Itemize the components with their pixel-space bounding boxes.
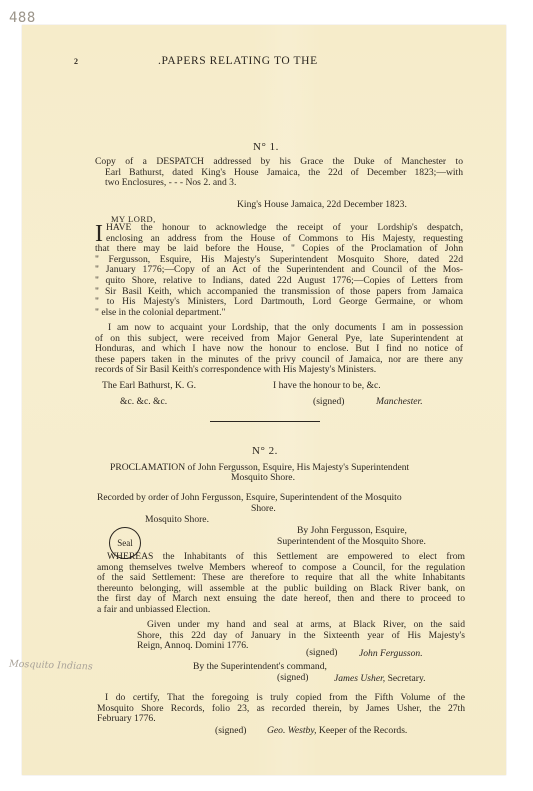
signed-label-2: (signed) [277,673,308,684]
heading-line: two Enclosures, - - - Nos 2. and 3. [95,178,463,189]
section-divider [210,421,320,422]
whereas-paragraph: WHEREAS the Inhabitants of this Settleme… [97,552,465,616]
proclamation-title-line-2: Mosquito Shore. [231,473,295,484]
certify-paragraph: I do certify, That the foregoing is trul… [97,693,465,725]
dateline: King's House Jamaica, 22d December 1823. [237,200,407,211]
paragraph-line: WHEREAS the Inhabitants of this Settleme… [97,552,465,563]
by-line-1: By John Fergusson, Esquire, [297,526,407,537]
addressee-line-2: &c. &c. &c. [120,397,167,408]
addressee-line-1: The Earl Bathurst, K. G. [102,381,196,392]
signer-title: Keeper of the Records. [319,725,407,736]
paragraph-line: a fair and unbiassed Election. [97,605,465,616]
drop-cap: I [95,224,103,244]
recorded-line-1: Recorded by order of John Fergusson, Esq… [97,493,402,504]
given-paragraph: Given under my hand and seal at arms, at… [137,620,465,652]
signer-name: Geo. Westby, [267,725,316,736]
section-number-2: N° 2. [252,445,278,457]
paragraph-line: " else in the colonial department." [95,308,463,319]
by-line-2: Superintendent of the Mosquito Shore. [277,537,426,548]
signer-name: James Usher, [334,673,385,684]
signed-label-1: (signed) [306,648,337,659]
paragraph-line: I do certify, That the foregoing is trul… [97,693,465,704]
paragraph-line: records of Sir Basil Keith's corresponde… [95,365,463,376]
letter-paragraph-1: I HAVE the honour to acknowledge the rec… [95,223,463,318]
signer-title: Secretary. [388,673,426,684]
paragraph-line: February 1776. [97,714,465,725]
stamp-number: 488 [9,10,36,26]
paragraph-line: I am now to acquaint your Lordship, that… [95,323,463,334]
signature-james-usher: James Usher, Secretary. [334,674,426,685]
closing: I have the honour to be, &c. [273,381,381,392]
heading-line: Copy of a DESPATCH addressed by his Grac… [95,157,463,168]
place: Mosquito Shore. [145,515,209,526]
despatch-heading: Copy of a DESPATCH addressed by his Grac… [95,157,463,189]
signature-john-fergusson: John Fergusson. [359,649,423,660]
signed-label: (signed) [313,397,344,408]
recorded-line-2: Shore. [251,504,276,515]
signature-geo-westby: Geo. Westby, Keeper of the Records. [267,726,407,737]
signed-label-3: (signed) [215,726,246,737]
paragraph-line: Given under my hand and seal at arms, at… [137,620,465,631]
letter-paragraph-2: I am now to acquaint your Lordship, that… [95,323,463,376]
page-number: 2 [74,57,78,66]
section-number-1: N° 1. [253,141,279,153]
running-head: .PAPERS RELATING TO THE [158,55,318,67]
paragraph-line: " quito Shore, relative to Indians, date… [95,276,463,287]
seal-label: Seal [117,538,133,548]
command-line: By the Superintendent's command, [193,662,327,673]
paragraph-line: HAVE the honour to acknowledge the recei… [95,223,463,234]
signature-manchester: Manchester. [376,397,423,408]
